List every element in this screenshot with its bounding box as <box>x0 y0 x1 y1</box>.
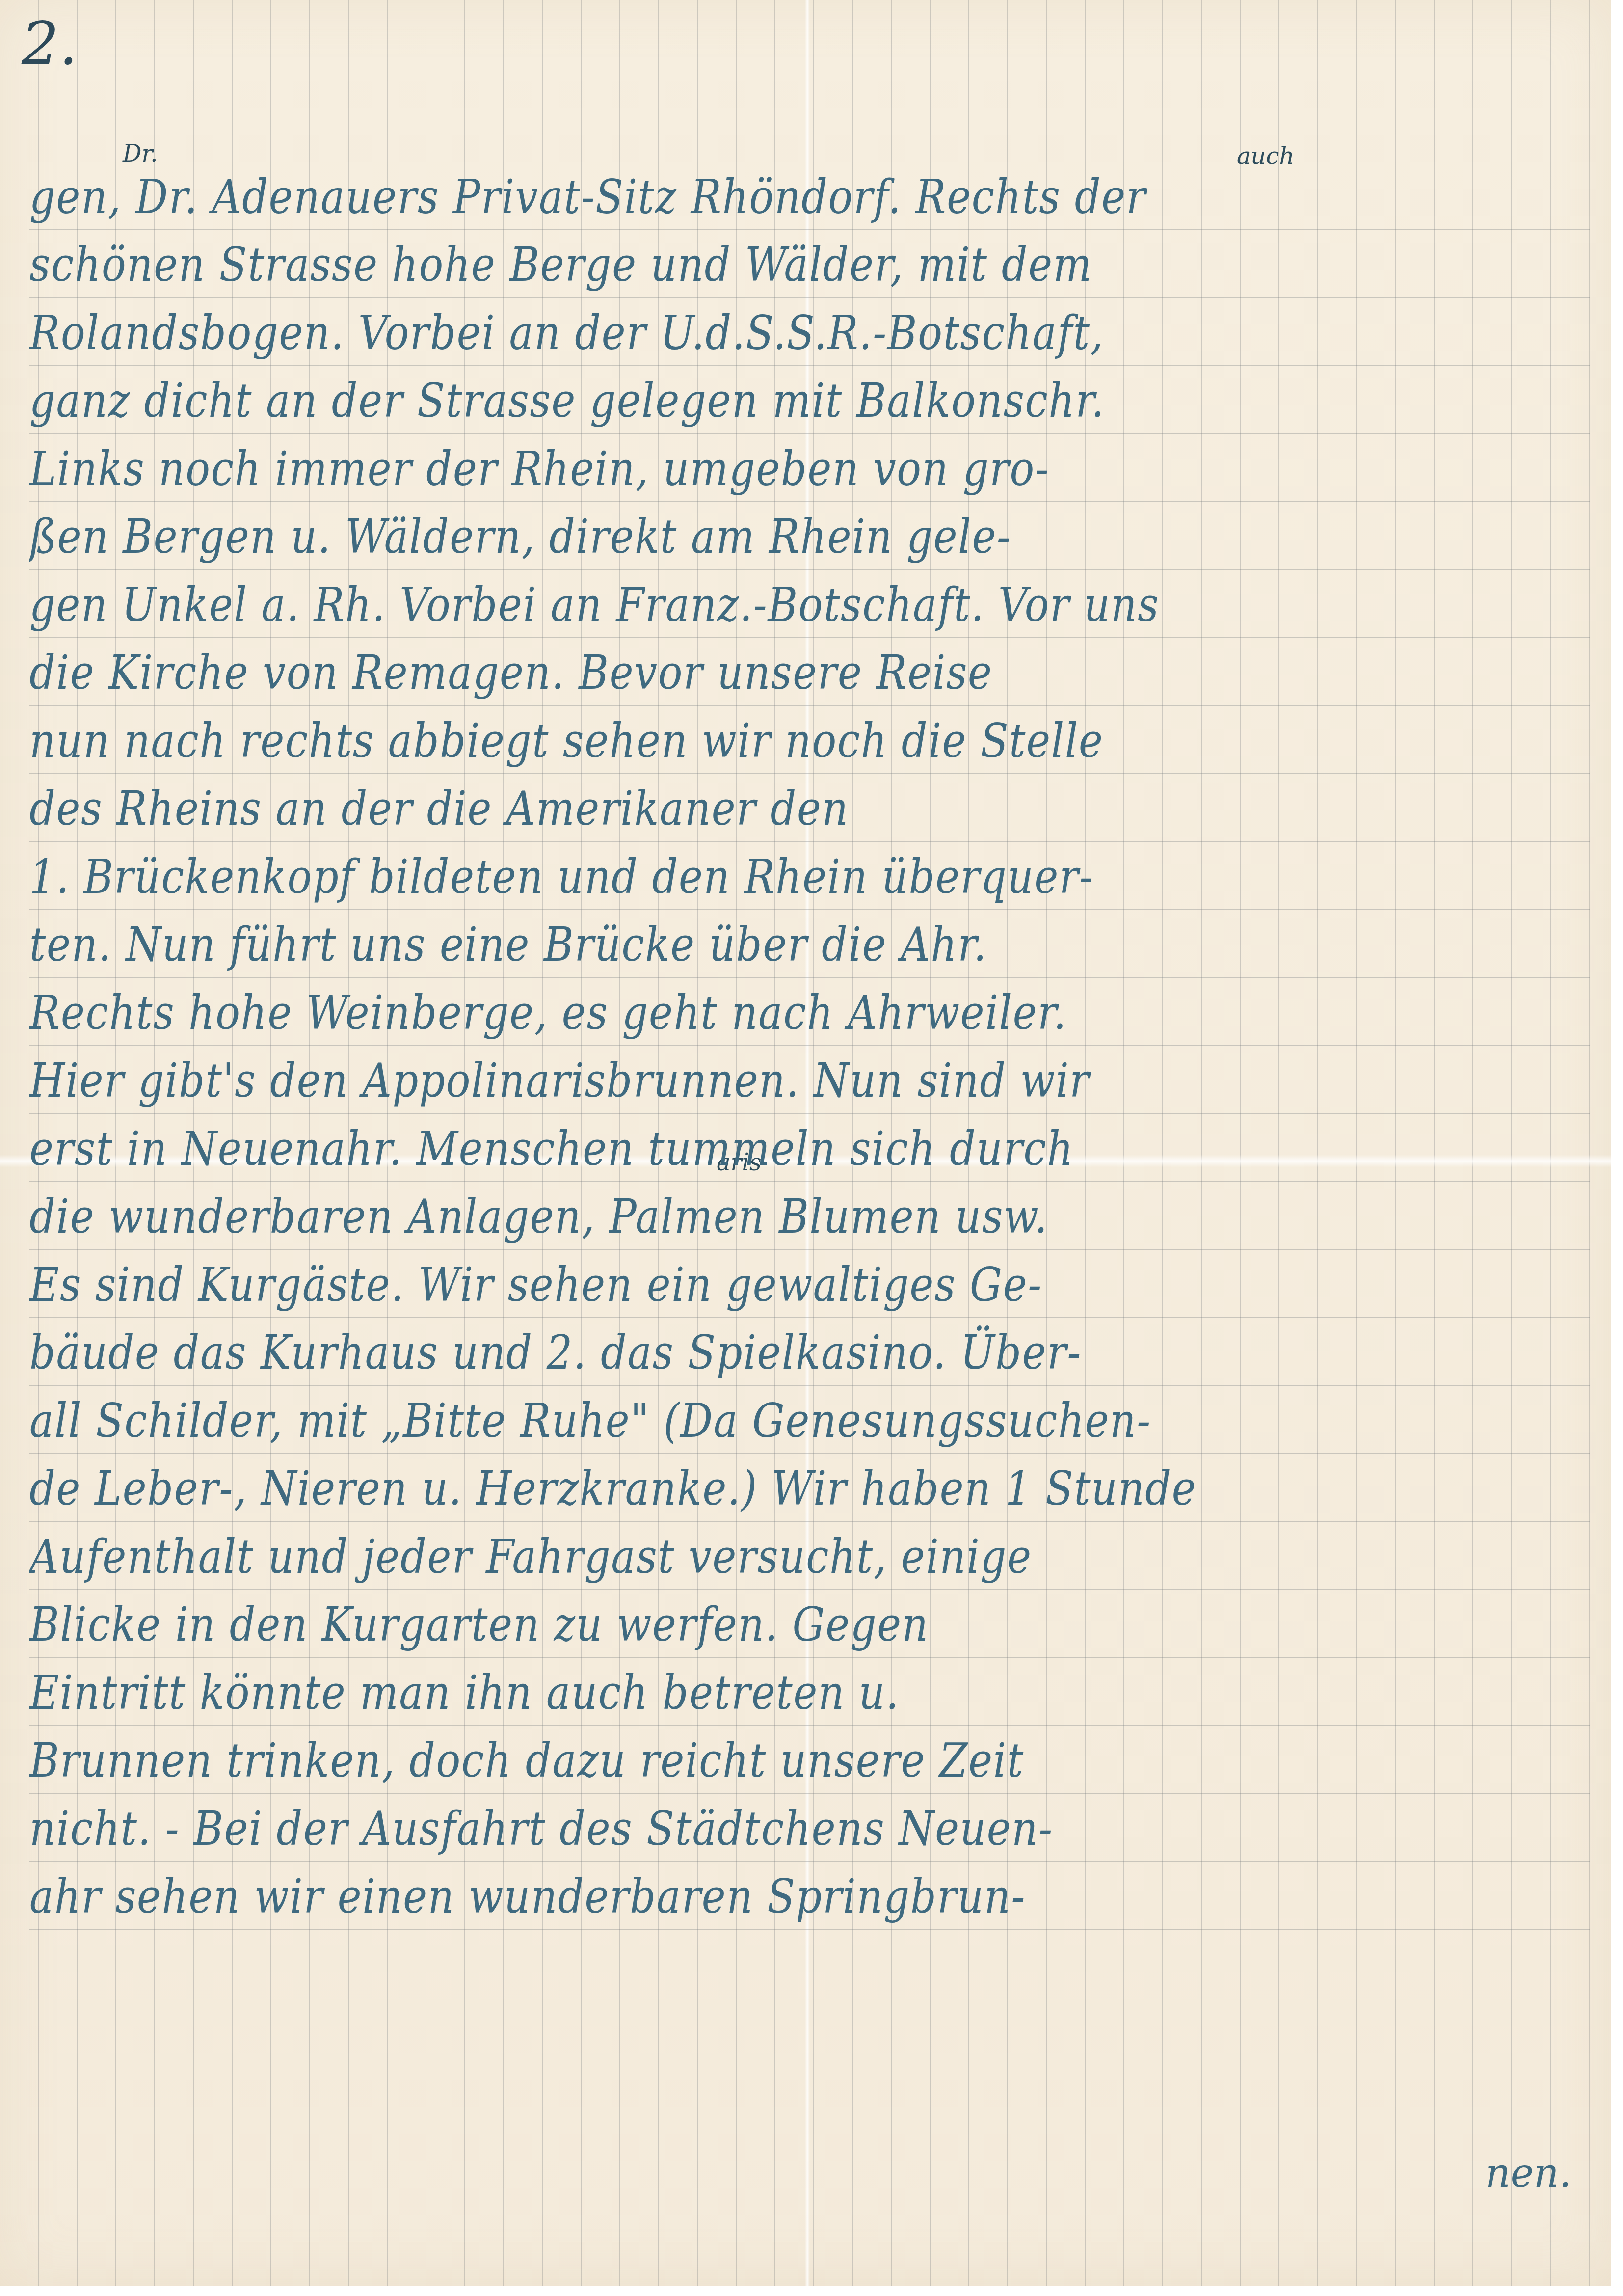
text-line: erst in Neuenahr. Menschen tummeln sich … <box>29 1114 1590 1182</box>
line-text: 1. Brückenkopf bildeten und den Rhein üb… <box>29 849 1372 904</box>
line-text: des Rheins an der die Amerikaner den <box>29 781 1372 836</box>
line-text: Aufenthalt und jeder Fahrgast versucht, … <box>29 1529 1372 1584</box>
line-text: gen Unkel a. Rh. Vorbei an Franz.-Botsch… <box>29 577 1372 632</box>
line-text: schönen Strasse hohe Berge und Wälder, m… <box>29 237 1372 292</box>
text-line: ganz dicht an der Strasse gelegen mit Ba… <box>29 366 1590 434</box>
line-text: Es sind Kurgäste. Wir sehen ein gewaltig… <box>29 1257 1372 1312</box>
line-text: Brunnen trinken, doch dazu reicht unsere… <box>29 1733 1372 1788</box>
text-line: Links noch immer der Rhein, umgeben von … <box>29 434 1590 502</box>
line-text: die Kirche von Remagen. Bevor unsere Rei… <box>29 645 1372 700</box>
line-text: nicht. - Bei der Ausfahrt des Städtchens… <box>29 1801 1372 1856</box>
text-line: gen, Dr. Adenauers Privat-Sitz Rhöndorf.… <box>29 162 1590 230</box>
line-text: bäude das Kurhaus und 2. das Spielkasino… <box>29 1325 1372 1380</box>
line-text: all Schilder, mit „Bitte Ruhe" (Da Genes… <box>29 1393 1372 1448</box>
line-text: nun nach rechts abbiegt sehen wir noch d… <box>29 713 1372 768</box>
line-continuation: nen. <box>1485 2150 1571 2196</box>
line-text: ahr sehen wir einen wunderbaren Springbr… <box>29 1869 1372 1924</box>
text-line: ahr sehen wir einen wunderbaren Springbr… <box>29 1862 1590 1930</box>
text-line: ßen Bergen u. Wäldern, direkt am Rhein g… <box>29 502 1590 570</box>
text-line: nicht. - Bei der Ausfahrt des Städtchens… <box>29 1794 1590 1862</box>
text-line: Rolandsbogen. Vorbei an der U.d.S.S.R.-B… <box>29 298 1590 366</box>
text-line: ten. Nun führt uns eine Brücke über die … <box>29 910 1590 978</box>
line-text: Hier gibt's den Appolinarisbrunnen. Nun … <box>29 1053 1372 1108</box>
text-line: Aufenthalt und jeder Fahrgast versucht, … <box>29 1522 1590 1590</box>
line-text: ßen Bergen u. Wäldern, direkt am Rhein g… <box>29 509 1372 564</box>
text-line: nun nach rechts abbiegt sehen wir noch d… <box>29 706 1590 774</box>
text-line: 1. Brückenkopf bildeten und den Rhein üb… <box>29 842 1590 910</box>
line-text: de Leber-, Nieren u. Herzkranke.) Wir ha… <box>29 1461 1372 1516</box>
line-text: ganz dicht an der Strasse gelegen mit Ba… <box>29 373 1372 428</box>
text-line: Hier gibt's den Appolinarisbrunnen. Nun … <box>29 1046 1590 1114</box>
text-line: Brunnen trinken, doch dazu reicht unsere… <box>29 1726 1590 1794</box>
text-line: schönen Strasse hohe Berge und Wälder, m… <box>29 230 1590 298</box>
text-line: des Rheins an der die Amerikaner den <box>29 774 1590 842</box>
line-text: Eintritt könnte man ihn auch betreten u. <box>29 1665 1372 1720</box>
line-text: gen, Dr. Adenauers Privat-Sitz Rhöndorf.… <box>29 169 1372 224</box>
line-text: ten. Nun führt uns eine Brücke über die … <box>29 917 1372 972</box>
text-line: Blicke in den Kurgarten zu werfen. Gegen <box>29 1590 1590 1658</box>
text-line: all Schilder, mit „Bitte Ruhe" (Da Genes… <box>29 1386 1590 1454</box>
line-text: erst in Neuenahr. Menschen tummeln sich … <box>29 1121 1372 1176</box>
text-line: Rechts hohe Weinberge, es geht nach Ahrw… <box>29 978 1590 1046</box>
line-text: die wunderbaren Anlagen, Palmen Blumen u… <box>29 1189 1372 1244</box>
text-line: de Leber-, Nieren u. Herzkranke.) Wir ha… <box>29 1454 1590 1522</box>
line-text: Rolandsbogen. Vorbei an der U.d.S.S.R.-B… <box>29 305 1372 360</box>
text-line: die wunderbaren Anlagen, Palmen Blumen u… <box>29 1182 1590 1250</box>
line-text: Links noch immer der Rhein, umgeben von … <box>29 441 1372 496</box>
text-line: die Kirche von Remagen. Bevor unsere Rei… <box>29 638 1590 706</box>
line-text: Blicke in den Kurgarten zu werfen. Gegen <box>29 1597 1372 1652</box>
handwritten-body: gen, Dr. Adenauers Privat-Sitz Rhöndorf.… <box>29 162 1590 1930</box>
text-line: Es sind Kurgäste. Wir sehen ein gewaltig… <box>29 1250 1590 1318</box>
text-line: gen Unkel a. Rh. Vorbei an Franz.-Botsch… <box>29 570 1590 638</box>
text-line: bäude das Kurhaus und 2. das Spielkasino… <box>29 1318 1590 1386</box>
page-number: 2. <box>22 15 78 74</box>
line-text: Rechts hohe Weinberge, es geht nach Ahrw… <box>29 985 1372 1040</box>
letter-page: 2. Dr. auch aris gen, Dr. Adenauers Priv… <box>0 0 1611 2286</box>
text-line: Eintritt könnte man ihn auch betreten u. <box>29 1658 1590 1726</box>
